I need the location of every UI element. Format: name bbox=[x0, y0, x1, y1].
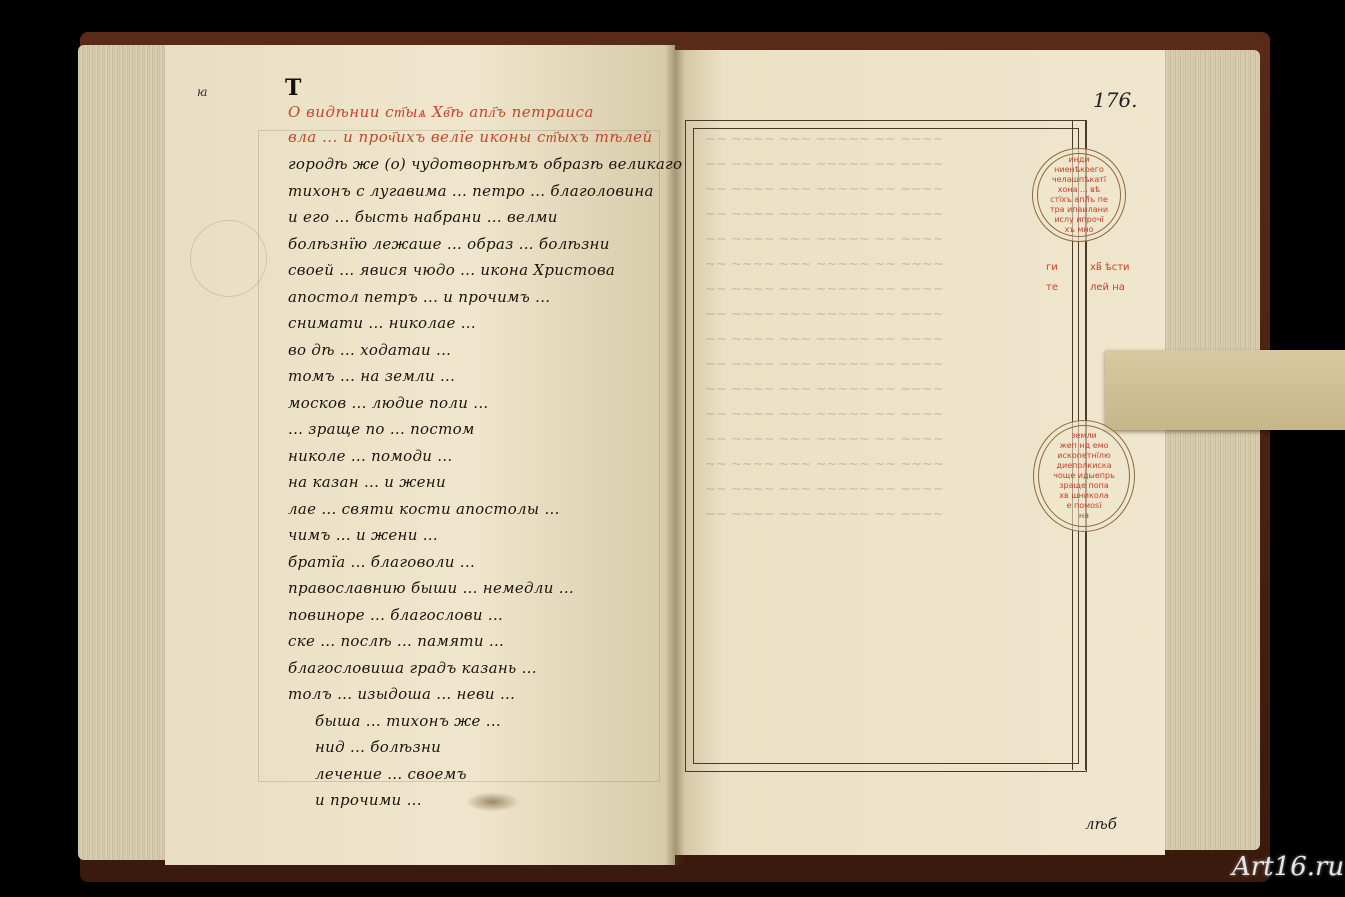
show-through-line: ∼∼ ∼∼∼∼ ∼∼∼ ∼∼∼∼∼ ∼∼ ∼∼∼∼ bbox=[705, 457, 944, 472]
seal-text-line: земли bbox=[1071, 431, 1097, 441]
show-through-line: ∼∼ ∼∼∼∼ ∼∼∼ ∼∼∼∼∼ ∼∼ ∼∼∼∼ bbox=[705, 407, 944, 422]
red-seal-bottom: землижеп нд емоископетнїлюдиеполкискачощ… bbox=[1033, 420, 1135, 532]
manuscript-line: апостол петръ ... и прочимъ ... bbox=[288, 288, 550, 306]
manuscript-line: православнию быши ... немедли ... bbox=[288, 579, 574, 597]
manuscript-line: николе ... помоди ... bbox=[288, 447, 453, 465]
manuscript-line: москов ... людие поли ... bbox=[288, 394, 488, 412]
manuscript-line: быша ... тихонъ же ... bbox=[315, 712, 501, 730]
seal-text-line: стїхъ апл҃ъ пе bbox=[1050, 195, 1108, 205]
seal-text-line: на bbox=[1079, 511, 1089, 521]
wax-stain bbox=[465, 792, 520, 812]
manuscript-line: нид ... болѣзни bbox=[315, 738, 441, 756]
show-through-line: ∼∼ ∼∼∼∼ ∼∼∼ ∼∼∼∼∼ ∼∼ ∼∼∼∼ bbox=[705, 282, 944, 297]
seal-text-line: зраще попа bbox=[1059, 481, 1109, 491]
marginal-note-left-1: ги bbox=[1046, 262, 1058, 273]
left-corner-mark: ꙗ bbox=[197, 85, 208, 99]
show-through-line: ∼∼ ∼∼∼∼ ∼∼∼ ∼∼∼∼∼ ∼∼ ∼∼∼∼ bbox=[705, 382, 944, 397]
show-through-line: ∼∼ ∼∼∼∼ ∼∼∼ ∼∼∼∼∼ ∼∼ ∼∼∼∼ bbox=[705, 132, 944, 147]
manuscript-line: ске ... послѣ ... памяти ... bbox=[288, 632, 504, 650]
bottom-note: лѣб bbox=[1085, 815, 1117, 833]
show-through-line: ∼∼ ∼∼∼∼ ∼∼∼ ∼∼∼∼∼ ∼∼ ∼∼∼∼ bbox=[705, 257, 944, 272]
seal-text-line: ископетнїлю bbox=[1057, 451, 1110, 461]
manuscript-line: снимати ... николае ... bbox=[288, 314, 476, 332]
seal-text-line: диеполкиска bbox=[1056, 461, 1111, 471]
marginal-note-right-2: лей на bbox=[1090, 282, 1125, 293]
show-through-seal bbox=[190, 220, 267, 297]
seal-text-line: жеп нд емо bbox=[1059, 441, 1108, 451]
manuscript-line: и прочими ... bbox=[315, 791, 422, 809]
page-edges-left bbox=[78, 45, 173, 860]
manuscript-line: ... зраще по ... постом bbox=[288, 420, 475, 438]
manuscript-line: лечение ... своемъ bbox=[315, 765, 467, 783]
manuscript-line: городѣ же (о) чудотворнѣмъ образѣ велика… bbox=[288, 155, 682, 173]
folio-number: 176. bbox=[1093, 88, 1138, 112]
manuscript-line: во дѣ ... ходатаи ... bbox=[288, 341, 451, 359]
marginal-note-right-1: хв҃ ѣсти bbox=[1090, 262, 1130, 273]
manuscript-line: болѣзнїю лежаше ... образ ... болѣзни bbox=[288, 235, 610, 253]
manuscript-line: братїа ... благоволи ... bbox=[288, 553, 475, 571]
manuscript-line: тихонъ с лугавима ... петро ... благолов… bbox=[288, 182, 654, 200]
manuscript-line: на казан ... и жени bbox=[288, 473, 446, 491]
seal-text-line: ниенѣкоего bbox=[1054, 165, 1104, 175]
manuscript-line: толъ ... изыдоша ... неви ... bbox=[288, 685, 515, 703]
manuscript-line: и его ... бысть набрани ... велми bbox=[288, 208, 558, 226]
manuscript-line: лае ... святи кости апостолы ... bbox=[288, 500, 560, 518]
seal-text-line: хона ... вѣ bbox=[1058, 185, 1101, 195]
manuscript-line: томъ ... на земли ... bbox=[288, 367, 455, 385]
marginal-note-left-2: те bbox=[1046, 282, 1058, 293]
heading-line-2: вла ... и проч҃ихъ велїе иконы ст҃ыхъ тѣ… bbox=[288, 128, 653, 147]
show-through-line: ∼∼ ∼∼∼∼ ∼∼∼ ∼∼∼∼∼ ∼∼ ∼∼∼∼ bbox=[705, 157, 944, 172]
heading-line-1: О видѣнии ст҃ыѧ Хв҃ѣ апл҃ъ петраиса bbox=[288, 103, 594, 122]
red-seal-top: индиниенѣкоегочелашпѣкатїхона ... вѣстїх… bbox=[1032, 148, 1126, 242]
seal-text-line: е помоѕї bbox=[1067, 501, 1102, 511]
seal-text-line: ислу ипрочї bbox=[1054, 215, 1103, 225]
show-through-line: ∼∼ ∼∼∼∼ ∼∼∼ ∼∼∼∼∼ ∼∼ ∼∼∼∼ bbox=[705, 432, 944, 447]
watermark: Art16.ru bbox=[1232, 852, 1344, 882]
show-through-line: ∼∼ ∼∼∼∼ ∼∼∼ ∼∼∼∼∼ ∼∼ ∼∼∼∼ bbox=[705, 482, 944, 497]
seal-text-line: инди bbox=[1068, 155, 1089, 165]
show-through-line: ∼∼ ∼∼∼∼ ∼∼∼ ∼∼∼∼∼ ∼∼ ∼∼∼∼ bbox=[705, 357, 944, 372]
page-edges-right bbox=[1160, 50, 1260, 850]
manuscript-line: чимъ ... и жени ... bbox=[288, 526, 438, 544]
seal-text-line: тра ипаилани bbox=[1050, 205, 1108, 215]
seal-text-line: челашпѣкатї bbox=[1052, 175, 1106, 185]
show-through-line: ∼∼ ∼∼∼∼ ∼∼∼ ∼∼∼∼∼ ∼∼ ∼∼∼∼ bbox=[705, 307, 944, 322]
seal-text-line: хв шникола bbox=[1059, 491, 1108, 501]
show-through-line: ∼∼ ∼∼∼∼ ∼∼∼ ∼∼∼∼∼ ∼∼ ∼∼∼∼ bbox=[705, 207, 944, 222]
show-through-line: ∼∼ ∼∼∼∼ ∼∼∼ ∼∼∼∼∼ ∼∼ ∼∼∼∼ bbox=[705, 182, 944, 197]
show-through-line: ∼∼ ∼∼∼∼ ∼∼∼ ∼∼∼∼∼ ∼∼ ∼∼∼∼ bbox=[705, 507, 944, 522]
show-through-line: ∼∼ ∼∼∼∼ ∼∼∼ ∼∼∼∼∼ ∼∼ ∼∼∼∼ bbox=[705, 332, 944, 347]
manuscript-line: повиноре ... благослови ... bbox=[288, 606, 503, 624]
manuscript-line: благословиша градъ казань ... bbox=[288, 659, 537, 677]
seal-text-line: чоще идыепрь bbox=[1053, 471, 1115, 481]
manuscript-line: своей ... явися чюдо ... икона Христова bbox=[288, 261, 615, 279]
show-through-line: ∼∼ ∼∼∼∼ ∼∼∼ ∼∼∼∼∼ ∼∼ ∼∼∼∼ bbox=[705, 232, 944, 247]
drop-cap-letter: Т bbox=[285, 75, 301, 101]
paper-bookmark bbox=[1105, 350, 1345, 430]
seal-text-line: хъ мно bbox=[1064, 225, 1093, 235]
